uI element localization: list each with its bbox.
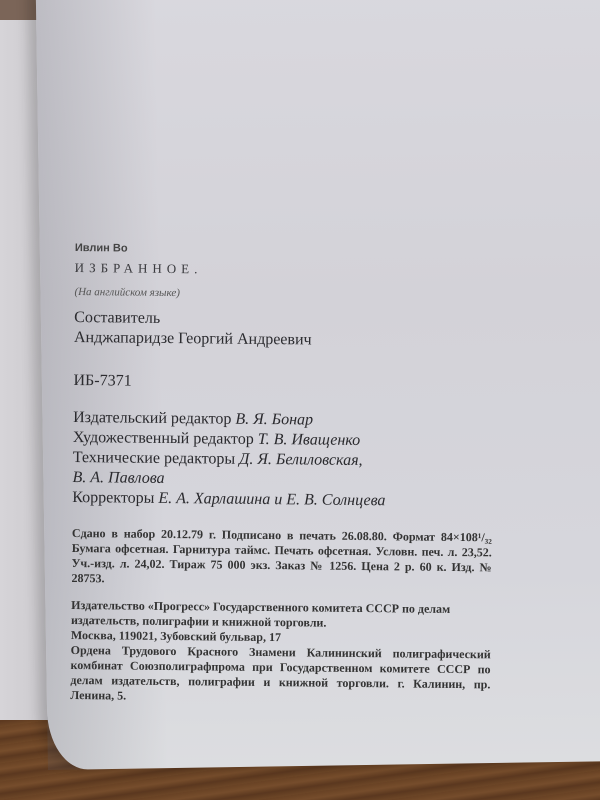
publisher-details: Издательство «Прогресс» Государственного… [70,598,491,707]
credit-line: Корректоры Е. А. Харлашина и Е. В. Солнц… [72,488,502,513]
book-title: ИЗБРАННОЕ. [75,260,505,281]
credit-role: Издательский редактор [73,409,235,428]
imprint-text: Ивлин Во ИЗБРАННОЕ. (На английском языке… [70,242,505,707]
publisher-name: Издательство «Прогресс» Государственного… [71,598,491,632]
technical-details: Сдано в набор 20.12.79 г. Подписано в пе… [71,526,492,590]
credit-role: Художественный редактор [73,429,258,448]
compiler-name: Анджапаридзе Георгий Андреевич [74,328,504,353]
credit-role: Технические редакторы [73,449,240,468]
credit-person: Д. Я. Белиловская, [239,451,363,469]
credit-person: В. А. Павлова [72,469,164,487]
id-code: ИБ-7371 [73,372,503,395]
credit-person: Е. А. Харлашина и Е. В. Солнцева [158,490,385,509]
language-note: (На английском языке) [74,286,504,303]
printer-info: Ордена Трудового Красного Знамени Калини… [70,643,491,707]
credit-role: Корректоры [72,489,158,507]
technical-text: Сдано в набор 20.12.79 г. Подписано в пе… [71,526,492,590]
credit-person: Т. В. Иващенко [258,431,361,449]
credits-list: Издательский редактор В. Я. Бонар Художе… [72,408,503,512]
credit-person: В. Я. Бонар [235,411,313,429]
